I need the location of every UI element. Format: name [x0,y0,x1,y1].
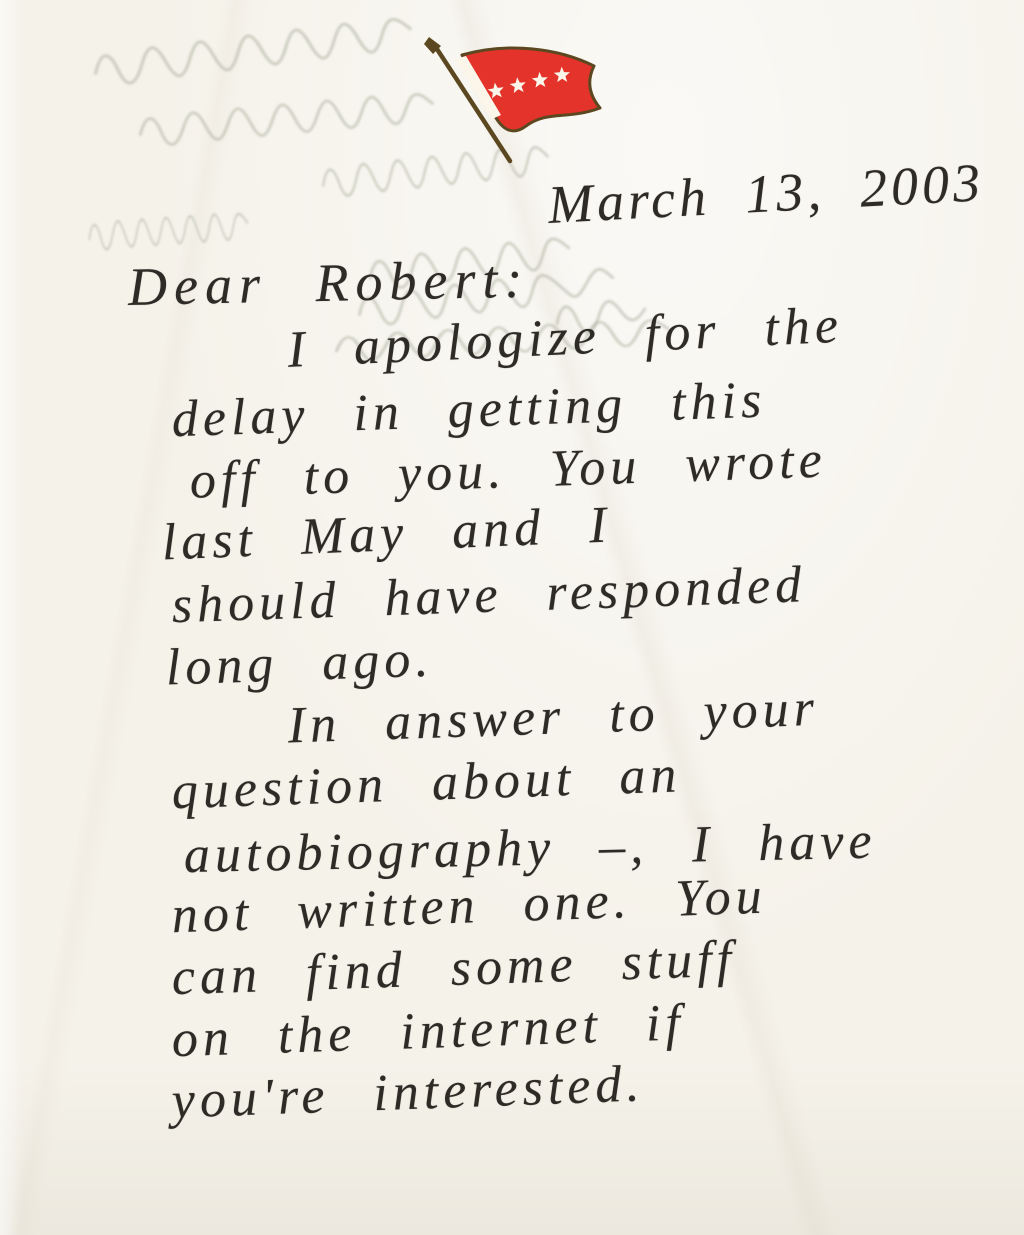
four-star-general-flag-icon [408,36,618,171]
bleed-through-handwriting [86,4,420,96]
bleed-through-handwriting [132,81,440,155]
bleed-through-handwriting [85,202,253,257]
letter-salutation: Dear Robert: [127,248,530,318]
scanned-letter-page: { "document": { "kind": "handwritten-let… [0,0,1024,1235]
letter-body: I apologize for thedelay in getting this… [0,334,1024,1140]
